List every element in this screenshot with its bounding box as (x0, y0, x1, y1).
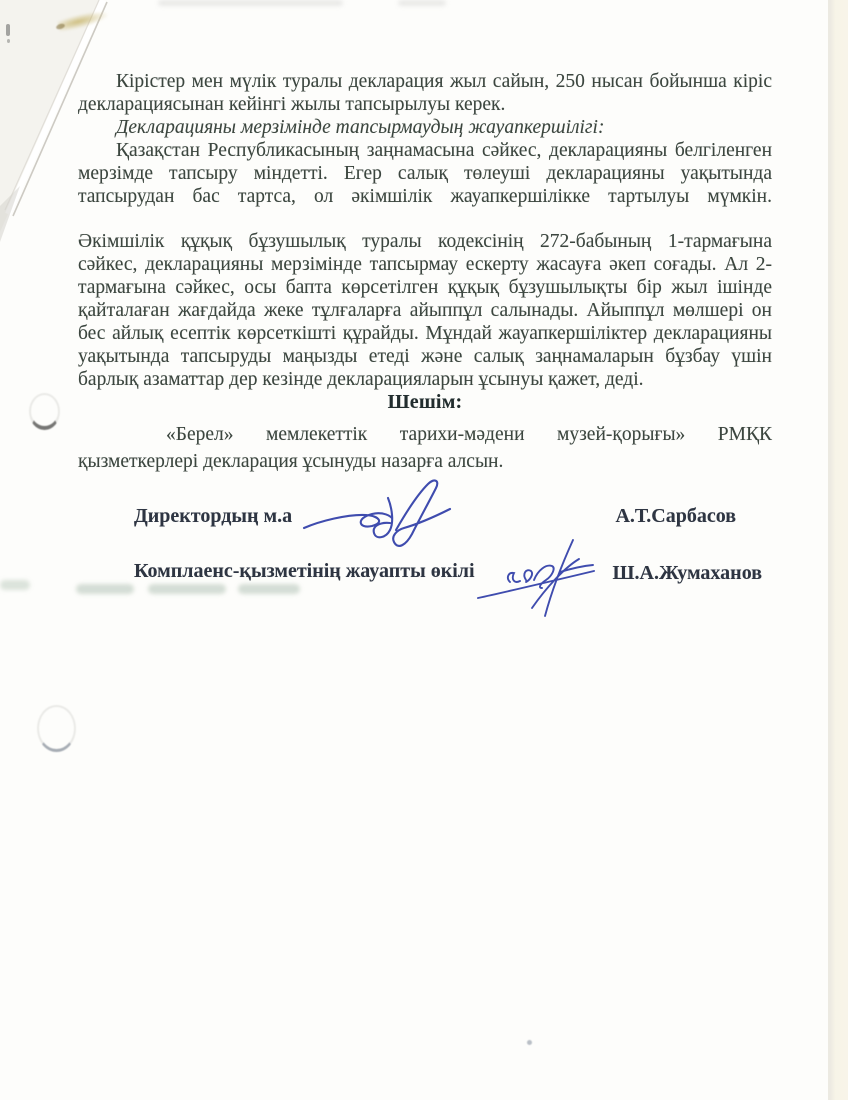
signatory-role-director: Директордың м.а (134, 505, 292, 528)
text-line: мерзімде тапсыру міндетті. Егер салық тө… (78, 162, 772, 185)
text-line: қайталаған жағдайда жеке тұлғаларға айып… (78, 299, 772, 322)
text-line: декларациясынан кейінгі жылы тапсырылуы … (78, 93, 772, 116)
scan-edge-strip (830, 0, 848, 1100)
director-signature (300, 478, 462, 552)
text-line: тармағына сәйкес, осы бапта көрсетілген … (78, 276, 772, 299)
paragraph-administrative-code: Әкімшілік құқық бұзушылық туралы кодексі… (78, 230, 772, 391)
paragraph-decision: «Берел» мемлекеттік тарихи-мәдени музей-… (78, 421, 772, 475)
compliance-signature (476, 538, 606, 620)
signatory-name-compliance: Ш.А.Жумаханов (613, 562, 762, 585)
text-line: бес айлық есептік көрсеткішті құрайды. М… (78, 322, 772, 345)
text-line: Декларацияны мерзімінде тапсырмаудың жау… (78, 116, 772, 139)
text-line: барлық азаматтар дер кезінде декларациял… (78, 368, 772, 391)
scanned-document-page: Кірістер мен мүлік туралы декларация жыл… (0, 0, 848, 1100)
signatory-role-compliance: Комплаенс-қызметінің жауапты өкілі (134, 560, 475, 583)
decision-heading: Шешім: (78, 391, 772, 415)
punch-hole-shadow (29, 393, 60, 430)
text-line: Кірістер мен мүлік туралы декларация жыл… (78, 70, 772, 93)
bleed-through-mark (76, 584, 134, 594)
paragraph-gap (78, 208, 772, 230)
text-line: уақытында тапсыруды маңызды етеді және с… (78, 345, 772, 368)
edge-mark-dot (7, 39, 10, 43)
punch-hole-shadow (37, 705, 76, 752)
text-line: Әкімшілік құқық бұзушылық туралы кодексі… (78, 230, 772, 253)
scan-top-smudge (398, 0, 446, 6)
text-line: қызметкерлері декларация ұсынуды назарға… (78, 448, 772, 475)
edge-mark (6, 24, 10, 36)
signatory-name-director: А.Т.Сарбасов (615, 505, 736, 528)
paragraph-income-declaration: Кірістер мен мүлік туралы декларация жыл… (78, 70, 772, 116)
bleed-through-mark (238, 584, 300, 594)
bleed-through-mark (0, 580, 30, 590)
document-body: Кірістер мен мүлік туралы декларация жыл… (78, 70, 772, 475)
text-line: тапсырудан бас тартса, ол әкімшілік жауа… (78, 185, 772, 208)
paragraph-legislation: Қазақстан Республикасының заңнамасына сә… (78, 139, 772, 208)
text-line: «Берел» мемлекеттік тарихи-мәдени музей-… (78, 421, 772, 448)
text-line: Қазақстан Республикасының заңнамасына сә… (78, 139, 772, 162)
scan-top-smudge (158, 0, 343, 6)
paragraph-liability-subheading: Декларацияны мерзімінде тапсырмаудың жау… (78, 116, 772, 139)
dust-speck (527, 1040, 532, 1045)
text-line: сәйкес, декларацияны мерзімінде тапсырма… (78, 253, 772, 276)
bleed-through-mark (148, 584, 226, 594)
